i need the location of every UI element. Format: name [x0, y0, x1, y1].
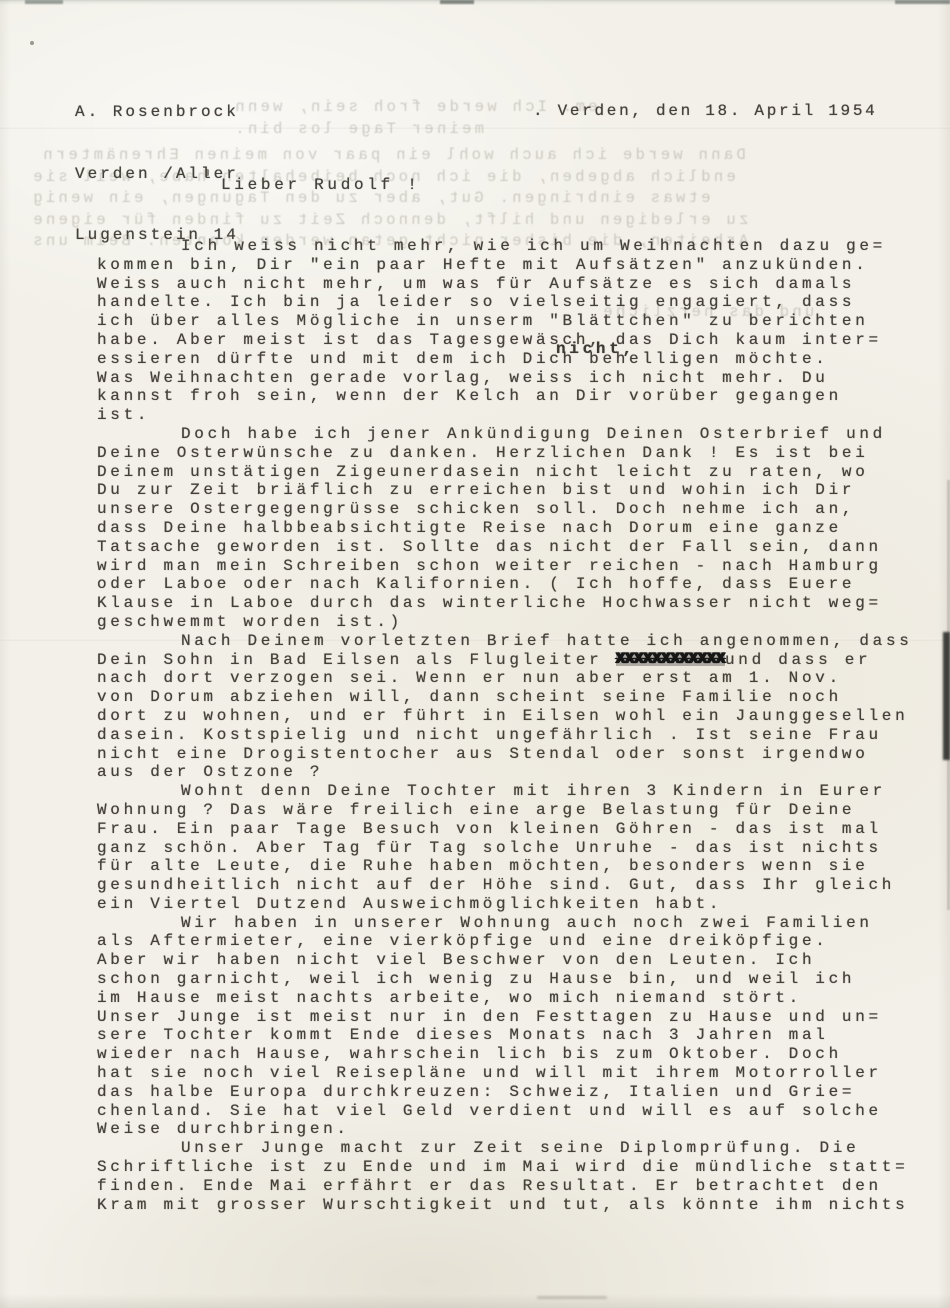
redacted-word: XXXXXXXXXXXX [616, 652, 725, 666]
paragraph-1: Ich weiss nicht mehr, wie ich um Weihnac… [97, 237, 913, 425]
text-line: Deine Osterwünsche zu danken. Herzlichen… [97, 444, 913, 463]
text-line: Unser Junge ist meist nur in den Festtag… [97, 1008, 913, 1027]
scan-edge-mark [25, 0, 63, 4]
text-line: nicht eine Drogistentocher aus Stendal o… [97, 745, 913, 764]
text-line: handelte. Ich bin ja leider so vielseiti… [97, 293, 913, 312]
text-line: kommen bin, Dir "ein paar Hefte mit Aufs… [97, 256, 913, 275]
text-line: Aber wir haben nicht viel Beschwer von d… [97, 951, 913, 970]
paragraph-5: Wir haben in unserer Wohnung auch noch z… [97, 914, 913, 1140]
text-line: Deinem unstätigen Zigeunerdasein nicht l… [97, 463, 913, 482]
text-line: Du zur Zeit briäflich zu erreichen bist … [97, 481, 913, 500]
paragraph-3: Nach Deinem vorletzten Brief hatte ich a… [97, 632, 913, 782]
text-line: ich über alles Mögliche in unserm "Blätt… [97, 312, 913, 331]
text-line: chenland. Sie hat viel Geld verdient und… [97, 1102, 913, 1121]
text-line: dasein. Kostspielig und nicht ungefährli… [97, 726, 913, 745]
text-line: essieren dürfte und mit dem ich Dich beh… [97, 350, 913, 369]
text-line: finden. Ende Mai erfährt er das Resultat… [97, 1177, 913, 1196]
text-line: Wohnung ? Das wäre freilich eine arge Be… [97, 801, 913, 820]
text-line: als Aftermieter, eine vierköpfige und ei… [97, 932, 913, 951]
sender-name: A. Rosenbrock [75, 102, 239, 123]
text-line: gesundheitlich nicht auf der Höhe sind. … [97, 876, 913, 895]
text-line: im Hause meist nachts arbeite, wo mich n… [97, 989, 913, 1008]
text-line: nach dort verzogen sei. Wenn er nun aber… [97, 669, 913, 688]
text-line: hat sie noch viel Reisepläne und will mi… [97, 1064, 913, 1083]
text-line: aus der Ostzone ? [97, 763, 913, 782]
scan-edge-mark [895, 0, 950, 4]
text-line: unsere Ostergegengrüsse schicken soll. D… [97, 500, 913, 519]
text-line: Weiss auch nicht mehr, um was für Aufsät… [97, 275, 913, 294]
bleedthrough-line: meiner Tage los bin. [232, 120, 484, 138]
text-line: Ich weiss nicht mehr, wie ich um Weihnac… [97, 237, 913, 256]
text-line: Doch habe ich jener Ankündigung Deinen O… [97, 425, 913, 444]
text-line: dass Deine halbbeabsichtigte Reise nach … [97, 519, 913, 538]
paragraph-2: Doch habe ich jener Ankündigung Deinen O… [97, 425, 913, 632]
ink-speck [30, 41, 34, 45]
text-line: kannst froh sein, wenn der Kelch an Dir … [97, 387, 913, 406]
text-line: habe. Aber meist ist das Tagesgewäsch, d… [97, 331, 913, 350]
scan-edge-mark [440, 0, 474, 4]
inserted-word: nicht, [556, 340, 636, 358]
paragraph-4: Wohnt denn Deine Tochter mit ihren 3 Kin… [97, 782, 913, 914]
text-line: wird man mein Schreiben schon weiter rei… [97, 557, 913, 576]
scan-edge-mark [537, 1296, 607, 1299]
text-line: schon garnicht, weil ich wenig zu Hause … [97, 970, 913, 989]
text-line: dort zu wohnen, und er führt in Eilsen w… [97, 707, 913, 726]
text-line: das halbe Europa durchkreuzen: Schweiz, … [97, 1083, 913, 1102]
text-line: Tatsache geworden ist. Sollte das nicht … [97, 538, 913, 557]
text-line: Wohnt denn Deine Tochter mit ihren 3 Kin… [97, 782, 913, 801]
text-line: ein Viertel Dutzend Ausweichmöglichkeite… [97, 895, 913, 914]
salutation: Lieber Rudolf ! [221, 176, 421, 194]
text-line: Dein Sohn in Bad Eilsen als Flugleiter X… [97, 651, 913, 670]
date-line: . Verden, den 18. April 1954 [533, 102, 877, 120]
text-line: Frau. Ein paar Tage Besuch von kleinen G… [97, 820, 913, 839]
text-line: geschwemmt worden ist.) [97, 613, 913, 632]
text-line: Unser Junge macht zur Zeit seine Diplomp… [97, 1139, 913, 1158]
text-line: Was Weihnachten gerade vorlag, weiss ich… [97, 369, 913, 388]
text-line: wieder nach Hause, wahrschein lich bis z… [97, 1045, 913, 1064]
letter-page: em. Ich werde froh sein, wennmeiner Tage… [0, 0, 950, 1308]
text-line: für alte Leute, die Ruhe haben möchten, … [97, 857, 913, 876]
text-line: Klause in Laboe durch das winterliche Ho… [97, 594, 913, 613]
text-line: Schriftliche ist zu Ende und im Mai wird… [97, 1158, 913, 1177]
sender-city: Verden /Aller [75, 164, 239, 185]
letter-body: Ich weiss nicht mehr, wie ich um Weihnac… [97, 237, 913, 1214]
text-line: oder Laboe oder nach Kalifornien. ( Ich … [97, 575, 913, 594]
text-line: ganz schön. Aber Tag für Tag solche Unru… [97, 839, 913, 858]
text-line: Weise durchbringen. [97, 1120, 913, 1139]
text-line: sere Tochter kommt Ende dieses Monats na… [97, 1026, 913, 1045]
text-line: ist. [97, 406, 913, 425]
text-line: Nach Deinem vorletzten Brief hatte ich a… [97, 632, 913, 651]
text-line: Wir haben in unserer Wohnung auch noch z… [97, 914, 913, 933]
paragraph-6: Unser Junge macht zur Zeit seine Diplomp… [97, 1139, 913, 1214]
text-line: von Dorum abziehen will, dann scheint se… [97, 688, 913, 707]
text-line: Kram mit grosser Wurschtigkeit und tut, … [97, 1196, 913, 1215]
